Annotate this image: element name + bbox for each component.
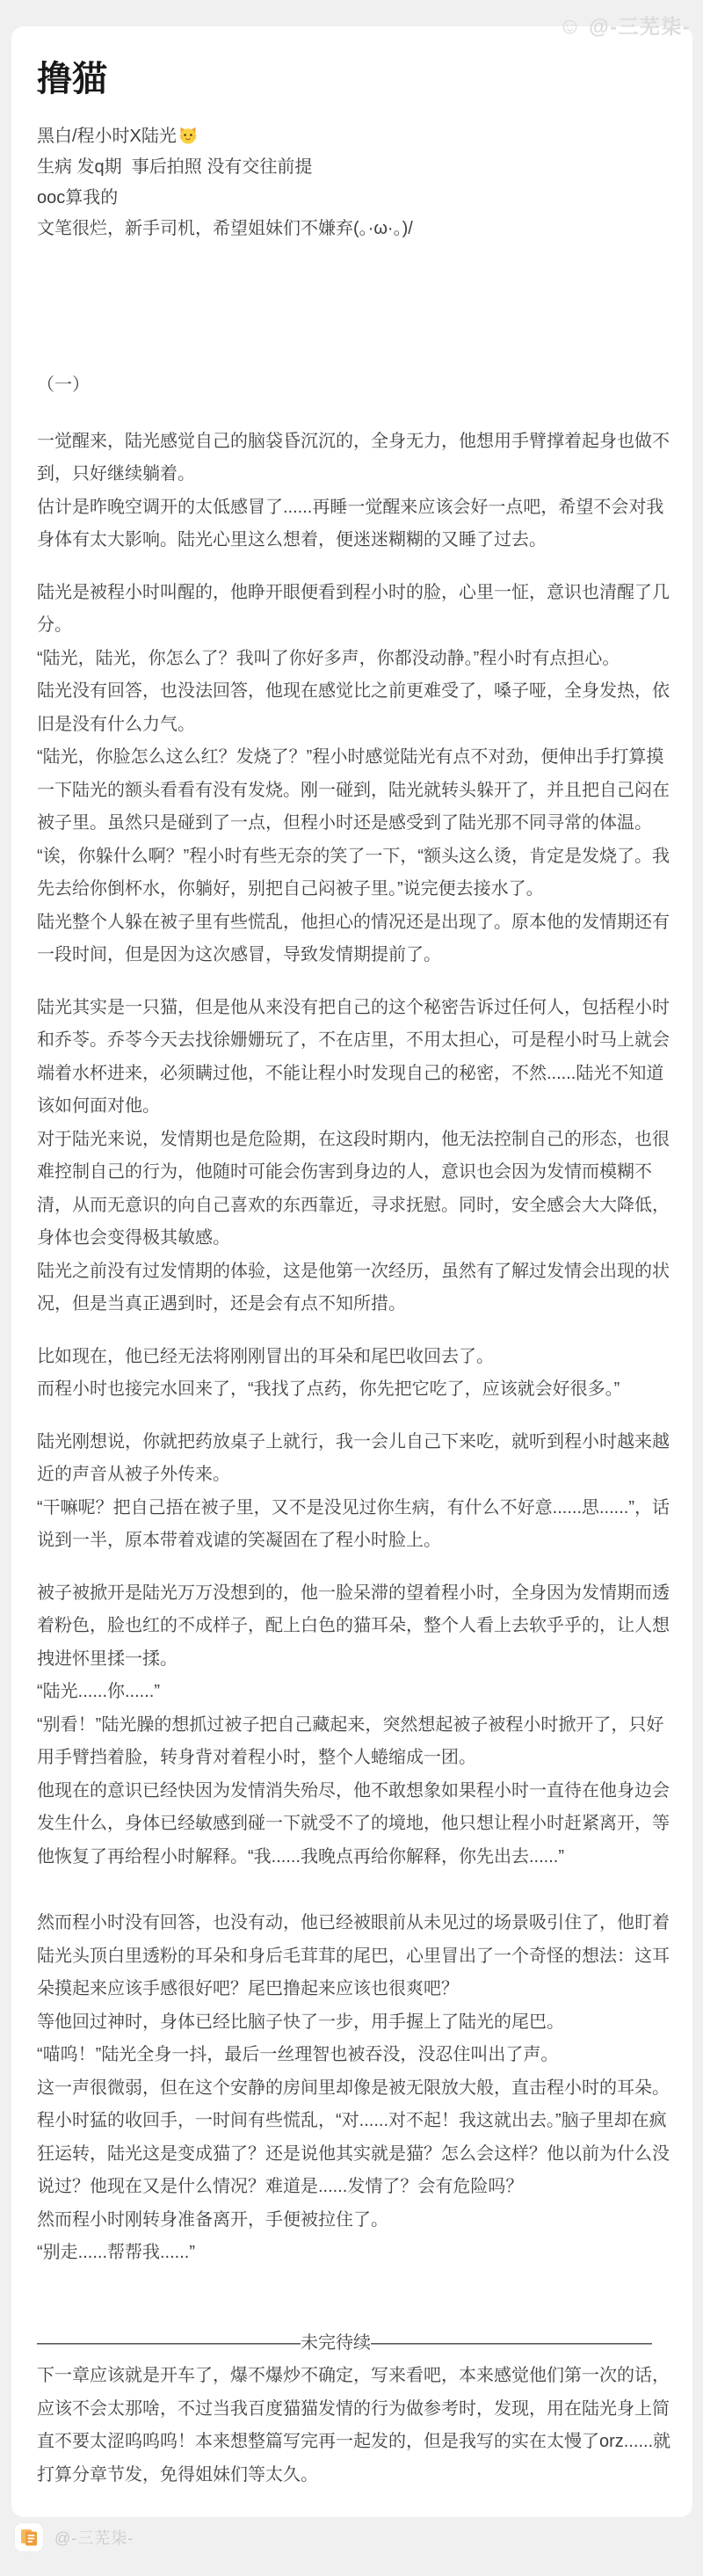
story-paragraph: “陆光，你脸怎么这么红？发烧了？”程小时感觉陆光有点不对劲，便伸出手打算摸一下陆… [37,741,671,840]
paragraph-gap [37,557,671,577]
page: ☺ @-三芜柒- 撸猫 黑白/程小时X陆光 生病 发q期 事后拍照 没有交往前提… [0,0,703,2576]
article-meta-tags: 生病 发q期 事后拍照 没有交往前提 [37,152,671,183]
paragraph-gap [37,1874,671,1907]
story-paragraph: 而程小时也接完水回来了，“我找了点药，你先把它吃了，应该就会好很多。” [37,1373,671,1407]
article-meta-note: 文笔很烂，新手司机，希望姐妹们不嫌弃(。·ω·。)/ [37,214,671,244]
paragraph-gap [37,1407,671,1426]
article-meta-pairing: 黑白/程小时X陆光 [37,121,671,152]
pairing-text: 黑白/程小时X陆光 [37,127,177,146]
story-paragraph: 陆光刚想说，你就把药放桌子上就行，我一会儿自己下来吃，就听到程小时越来越近的声音… [37,1426,671,1492]
section-heading: （一） [37,369,671,403]
story-paragraph: 估计是昨晚空调开的太低感冒了......再睡一觉醒来应该会好一点吧，希望不会对我… [37,491,671,557]
author-watermark: ☺ @-三芜柒- [558,11,691,40]
story-paragraph: 然而程小时刚转身准备离开，手便被拉住了。 [37,2204,671,2238]
story-paragraph: 陆光没有回答，也没法回答，他现在感觉比之前更难受了，嗓子哑，全身发热，依旧是没有… [37,675,671,741]
story-paragraph: 陆光整个人躲在被子里有些慌乱，他担心的情况还是出现了。原本他的发情期还有一段时间… [37,906,671,972]
story-paragraph: 然而程小时没有回答，也没有动，他已经被眼前从未见过的场景吸引住了，他盯着陆光头顶… [37,1907,671,2006]
story-body: （一）一觉醒来，陆光感觉自己的脑袋昏沉沉的，全身无力，他想用手臂撑着起身也做不到… [37,369,671,2492]
story-paragraph: 这一声很微弱，但在这个安静的房间里却像是被无限放大般，直击程小时的耳朵。 [37,2072,671,2106]
article-meta-ooc: ooc算我的 [37,183,671,214]
footer-author-handle: @-三芜柒- [54,2526,134,2549]
story-paragraph: “诶，你躲什么啊？”程小时有些无奈的笑了一下，“额头这么烫，肯定是发烧了。我先去… [37,840,671,906]
story-paragraph: 陆光其实是一只猫，但是他从来没有把自己的这个秘密告诉过任何人，包括程小时和乔苓。… [37,992,671,1124]
story-paragraph: 被子被掀开是陆光万万没想到的，他一脸呆滞的望着程小时，全身因为发情期而透着粉色，… [37,1577,671,1677]
article-card: 撸猫 黑白/程小时X陆光 生病 发q期 事后拍照 没有交往前提 ooc算我的 文… [11,26,692,2517]
to-be-continued-divider: ———————————————未完待续———————————————— [37,2327,671,2361]
story-paragraph: “陆光，陆光，你怎么了？我叫了你好多声，你都没动静。”程小时有点担心。 [37,643,671,676]
story-paragraph: “喵呜！”陆光全身一抖，最后一丝理智也被吞没，没忍住叫出了声。 [37,2039,671,2072]
story-paragraph: 等他回过神时，身体已经比脑子快了一步，用手握上了陆光的尾巴。 [37,2006,671,2040]
paragraph-gap [37,1321,671,1341]
note-icon [15,2523,43,2551]
story-paragraph: 下一章应该就是开车了，爆不爆炒不确定，写来看吧，本来感觉他们第一次的话，应该不会… [37,2360,671,2492]
story-paragraph: “别看！”陆光臊的想抓过被子把自己藏起来，突然想起被子被程小时掀开了，只好用手臂… [37,1709,671,1775]
story-paragraph: 陆光是被程小时叫醒的，他睁开眼便看到程小时的脸，心里一怔，意识也清醒了几分。 [37,577,671,643]
story-paragraph: “别走......帮帮我......” [37,2237,671,2270]
story-paragraph: “干嘛呢？把自己捂在被子里，又不是没见过你生病，有什么不好意......思...… [37,1492,671,1558]
article-title: 撸猫 [37,58,671,100]
paragraph-gap [37,1558,671,1577]
footer-bar: @-三芜柒- [15,2523,134,2551]
story-paragraph: 程小时猛的收回手，一时间有些慌乱，“对......对不起！我这就出去。”脑子里却… [37,2105,671,2204]
story-paragraph: 他现在的意识已经快因为发情消失殆尽，他不敢想象如果程小时一直待在他身边会发生什么… [37,1775,671,1874]
watermark-handle: @-三芜柒- [589,11,691,40]
story-paragraph: 陆光之前没有过发情期的体验，这是他第一次经历，虽然有了解过发情会出现的状况，但是… [37,1255,671,1321]
watermark-doodle-icon: ☺ [558,14,583,37]
story-paragraph: 比如现在，他已经无法将刚刚冒出的耳朵和尾巴收回去了。 [37,1341,671,1374]
story-paragraph: 一觉醒来，陆光感觉自己的脑袋昏沉沉的，全身无力，他想用手臂撑着起身也做不到，只好… [37,426,671,491]
story-paragraph: 对于陆光来说，发情期也是危险期，在这段时期内，他无法控制自己的形态，也很难控制自… [37,1124,671,1255]
cat-emoji-icon [178,121,198,152]
story-paragraph: “陆光......你......” [37,1676,671,1709]
paragraph-gap [37,972,671,992]
paragraph-gap [37,2270,671,2327]
